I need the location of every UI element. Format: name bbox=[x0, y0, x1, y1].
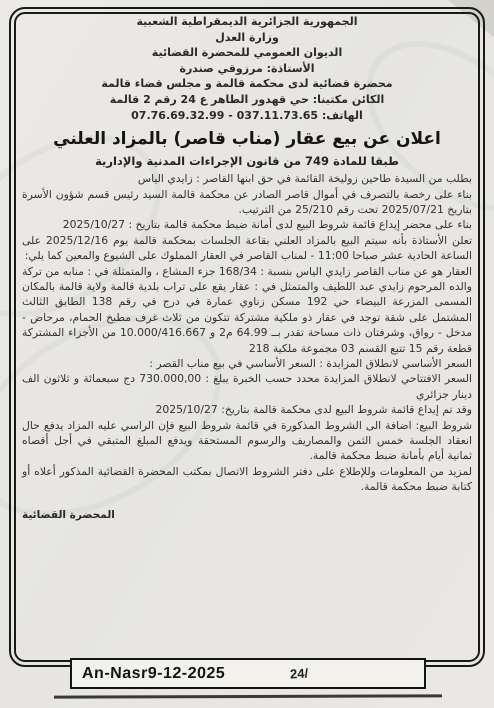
paragraph-sale-conditions: شروط البيع: اضافة الى الشروط المذكورة في… bbox=[22, 418, 472, 464]
paragraph-property-description: العقار هو عن مناب القاصر زايدي الياس بنس… bbox=[22, 264, 472, 356]
header-address: الكائن مكتبنا: حي قهدور الطاهر ع 24 رقم … bbox=[22, 92, 472, 108]
paragraph-deposit-confirmation: وقد تم إيداع قائمة شروط البيع لدى محكمة … bbox=[22, 402, 472, 417]
newspaper-stamp-box: An-Nasr9-12-2025 24/ bbox=[70, 658, 426, 689]
paragraph-more-info: لمزيد من المعلومات وللإطلاع على دفتر الش… bbox=[22, 464, 472, 495]
header-office: الديوان العمومي للمحضرة القضائية bbox=[22, 45, 472, 61]
notice-body: بطلب من السيدة طاحين زوليخة القائمة في ح… bbox=[22, 171, 472, 495]
newspaper-source-date: An-Nasr9-12-2025 bbox=[72, 665, 226, 683]
scanned-page-background: الجمهورية الجزائرية الديمقراطية الشعبية … bbox=[0, 0, 494, 708]
notice-title: اعلان عن بيع عقار (مناب قاصر) بالمزاد ال… bbox=[22, 127, 472, 151]
phone-label: الهاتف: bbox=[322, 109, 363, 122]
phone-numbers: 07.76.69.32.99 - 037.11.73.65 bbox=[131, 108, 318, 124]
header-block: الجمهورية الجزائرية الديمقراطية الشعبية … bbox=[22, 14, 472, 123]
paragraph-base-price-label: السعر الأساسي لانطلاق المزايدة : السعر ا… bbox=[22, 356, 472, 371]
header-republic: الجمهورية الجزائرية الديمقراطية الشعبية bbox=[22, 14, 472, 30]
paragraph-deposit: بناء على محضر إيداع قائمة شروط البيع لدى… bbox=[22, 217, 472, 232]
paragraph-authorization: بناء على رخصة بالتصرف في أموال قاصر الصا… bbox=[22, 187, 472, 218]
signature: المحضرة القضائية bbox=[22, 509, 472, 521]
header-phone-line: الهاتف: 07.76.69.32.99 - 037.11.73.65 bbox=[22, 108, 472, 124]
header-jurisdiction: محضرة قضائية لدى محكمة قالمة و مجلس قضاء… bbox=[22, 76, 472, 92]
notice-subtitle: طبقا للمادة 749 من قانون الإجراءات المدن… bbox=[22, 153, 472, 169]
bottom-rule bbox=[54, 694, 442, 698]
newspaper-page-ref: 24/ bbox=[290, 666, 309, 682]
paragraph-opening-price: السعر الافتتاحي لانطلاق المزايدة محدد حس… bbox=[22, 371, 472, 402]
paragraph-request: بطلب من السيدة طاحين زوليخة القائمة في ح… bbox=[22, 171, 472, 186]
notice-content: الجمهورية الجزائرية الديمقراطية الشعبية … bbox=[22, 14, 472, 694]
header-bailiff-name: الأستاذة: مرزوقي صندرة bbox=[22, 61, 472, 77]
header-ministry: وزارة العدل bbox=[22, 30, 472, 46]
paragraph-auction-date: تعلن الأستاذة بأنه سيتم البيع بالمزاد ال… bbox=[22, 233, 472, 264]
